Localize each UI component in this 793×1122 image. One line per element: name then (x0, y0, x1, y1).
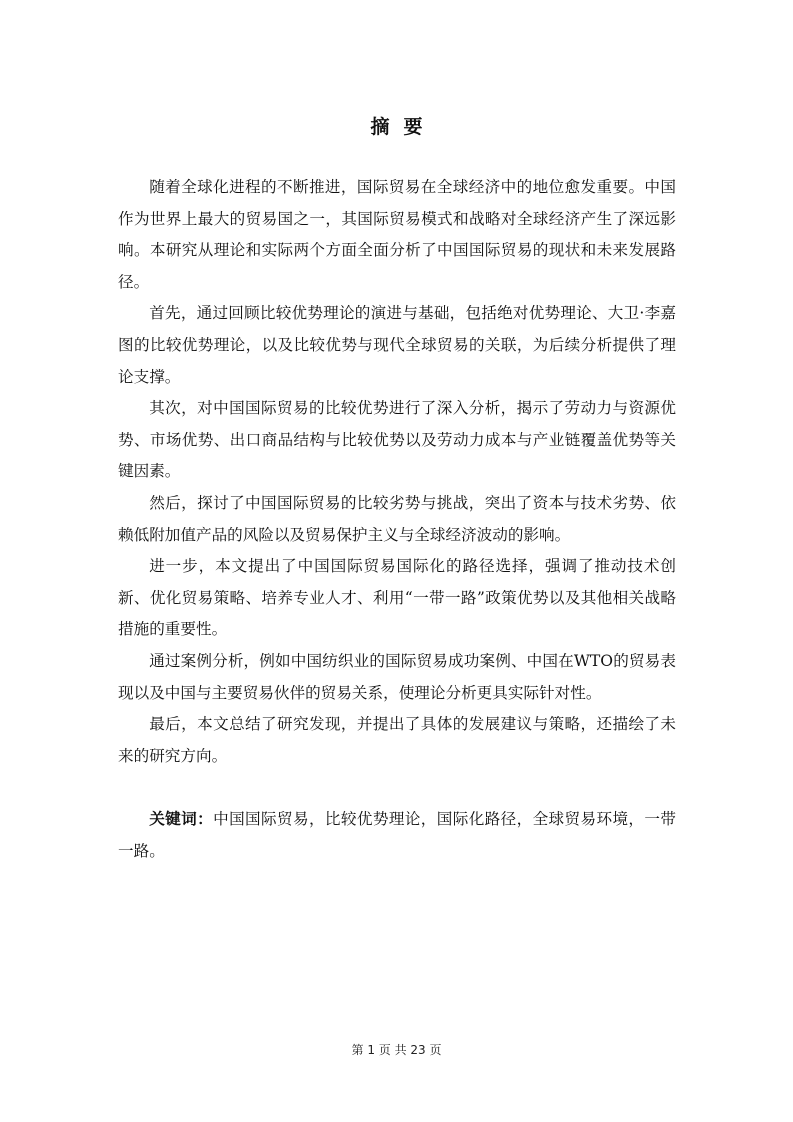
document-page: 摘要 随着全球化进程的不断推进，国际贸易在全球经济中的地位愈发重要。中国作为世界… (0, 0, 793, 1122)
paragraph-intro: 随着全球化进程的不断推进，国际贸易在全球经济中的地位愈发重要。中国作为世界上最大… (118, 172, 676, 298)
paragraph-disadvantages: 然后，探讨了中国国际贸易的比较劣势与挑战，突出了资本与技术劣势、依赖低附加值产品… (118, 488, 676, 551)
paragraph-advantages: 其次，对中国国际贸易的比较优势进行了深入分析，揭示了劳动力与资源优势、市场优势、… (118, 393, 676, 488)
keywords-line: 关键词：中国国际贸易，比较优势理论，国际化路径，全球贸易环境，一带一路。 (118, 804, 676, 867)
paragraph-theory: 首先，通过回顾比较优势理论的演进与基础，包括绝对优势理论、大卫·李嘉图的比较优势… (118, 298, 676, 393)
paragraph-path: 进一步，本文提出了中国国际贸易国际化的路径选择，强调了推动技术创新、优化贸易策略… (118, 551, 676, 646)
paragraph-cases: 通过案例分析，例如中国纺织业的国际贸易成功案例、中国在WTO的贸易表现以及中国与… (118, 646, 676, 709)
page-number: 第 1 页 共 23 页 (0, 1041, 793, 1058)
abstract-body: 随着全球化进程的不断推进，国际贸易在全球经济中的地位愈发重要。中国作为世界上最大… (118, 172, 676, 883)
paragraph-conclusion: 最后，本文总结了研究发现，并提出了具体的发展建议与策略，还描绘了未来的研究方向。 (118, 709, 676, 772)
abstract-title: 摘要 (0, 112, 793, 139)
keywords-label: 关键词： (149, 810, 213, 828)
